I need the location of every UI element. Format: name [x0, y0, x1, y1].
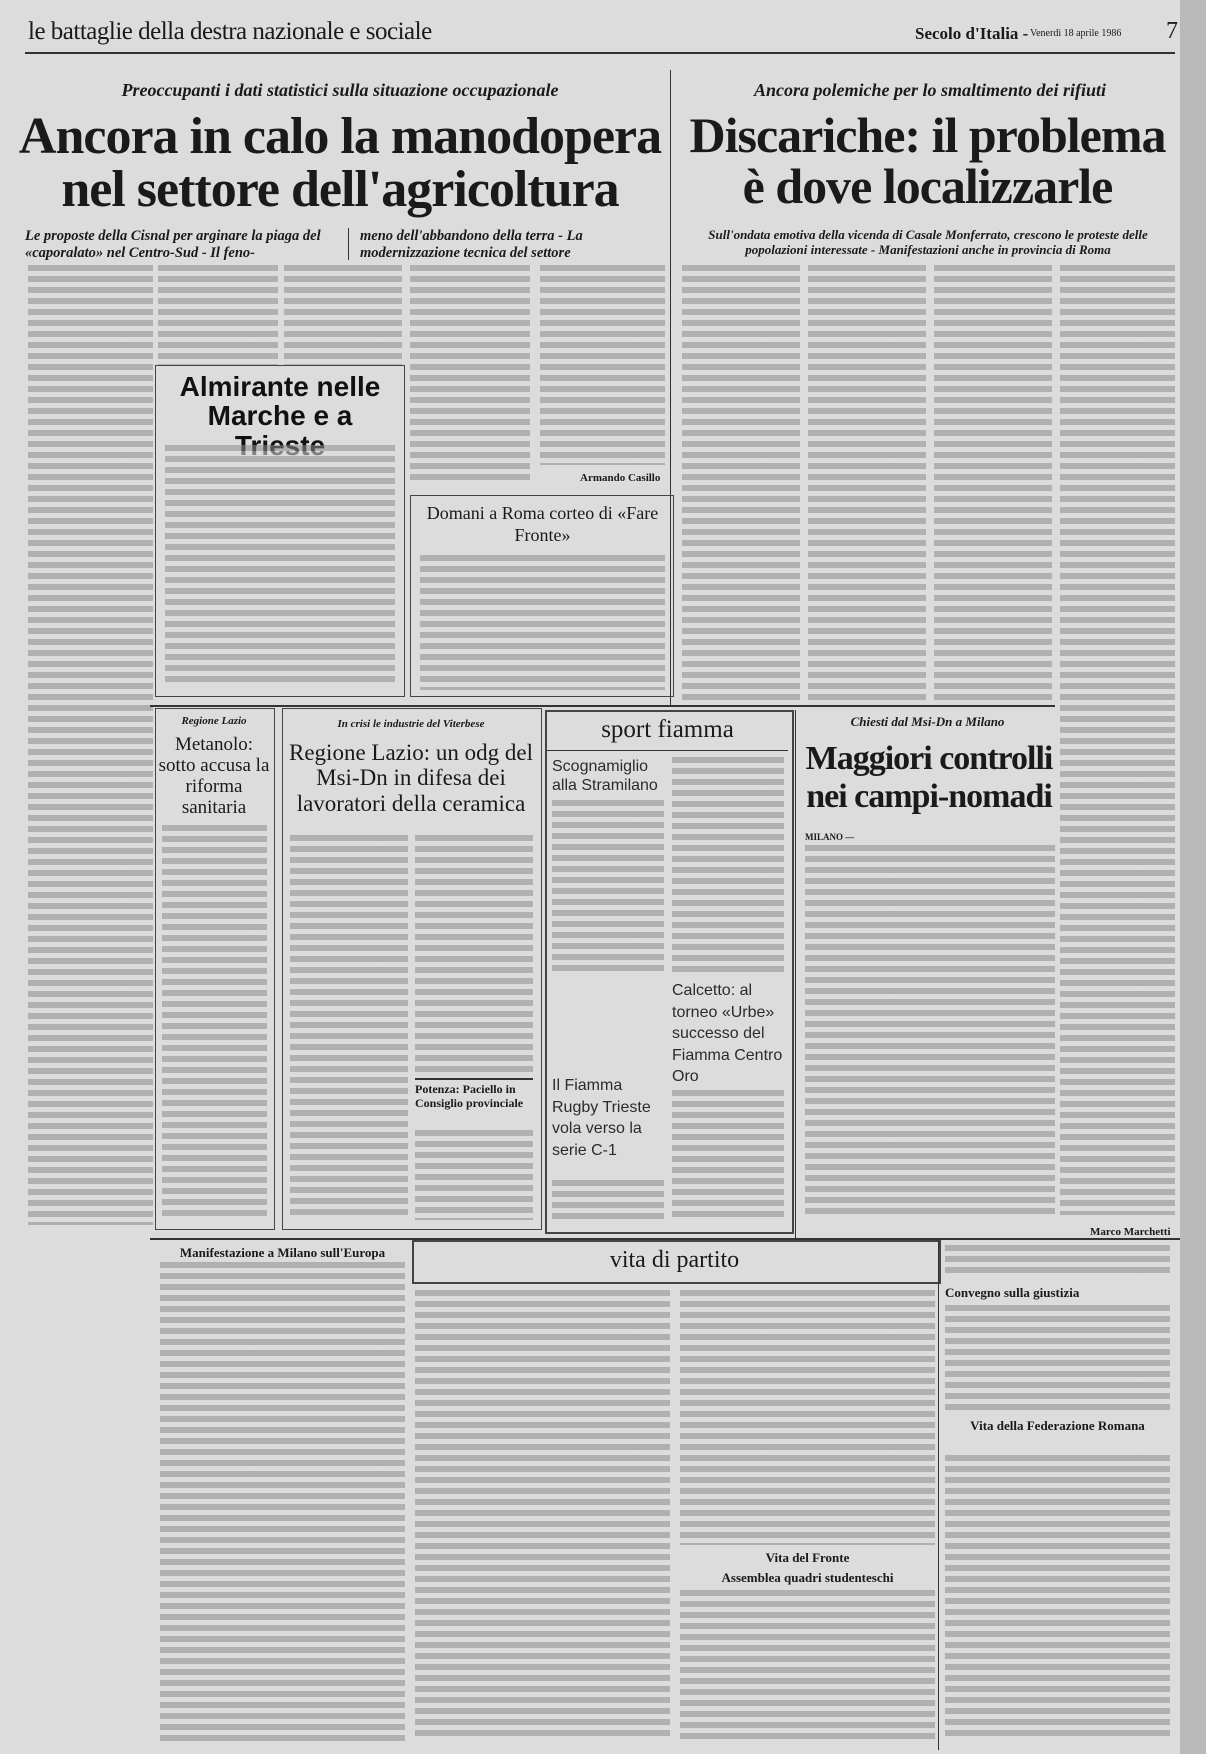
landfill-headline-line1: Discariche: il problema: [675, 110, 1180, 161]
nomadi-byline: Marco Marchetti: [1090, 1226, 1171, 1238]
almirante-body: [165, 445, 395, 685]
scan-edge: [1180, 0, 1206, 1754]
ceramica-body-col2: [415, 835, 533, 1075]
lead-subhead-right: meno dell'abbandono della terra - La mod…: [360, 228, 660, 261]
party-life-col3: [680, 1290, 935, 1545]
lead-body-col3: [284, 265, 402, 365]
masthead-rule: [25, 52, 1175, 54]
ceramica-headline: Regione Lazio: un odg del Msi-Dn in dife…: [285, 740, 537, 816]
sport-item-1-body-col2: [672, 757, 784, 972]
nomadi-kicker: Chiesti dal Msi-Dn a Milano: [800, 714, 1055, 730]
sport-section-title: sport fiamma: [547, 716, 788, 744]
europe-headline: Manifestazione a Milano sull'Europa: [160, 1245, 405, 1261]
sport-item-2-body: [672, 1090, 784, 1220]
metanolo-body: [162, 825, 267, 1220]
lead-kicker: Preoccupanti i dati statistici sulla sit…: [20, 80, 660, 101]
sport-item-3-body: [552, 1180, 664, 1220]
sport-item-1-headline: Scognamiglio alla Stramilano: [552, 757, 670, 795]
landfill-body-col4: [1060, 265, 1175, 1215]
lead-byline: Armando Casillo: [580, 472, 660, 484]
landfill-body-col3: [934, 265, 1052, 705]
ceramica-kicker: In crisi le industrie del Viterbese: [285, 718, 537, 730]
party-life-col2: [415, 1290, 670, 1740]
sport-item-2-headline: Calcetto: al torneo «Urbe» successo del …: [672, 980, 784, 1088]
page-number: 7: [1166, 18, 1178, 45]
lead-headline-line2: nel settore dell'agricoltura: [10, 163, 670, 216]
nomadi-body: [805, 845, 1055, 1215]
fronte-body: [680, 1590, 935, 1740]
europe-body: [160, 1262, 405, 1742]
nomadi-dateline: MILANO —: [805, 832, 854, 842]
potenza-headline: Potenza: Paciello in Consiglio provincia…: [415, 1082, 533, 1111]
landfill-body-col1: [682, 265, 800, 705]
lead-body-col2: [158, 265, 278, 365]
landfill-headline: Discariche: il problema è dove localizza…: [675, 110, 1180, 212]
potenza-rule: [415, 1078, 533, 1080]
sport-item-1-body: [552, 800, 664, 975]
vicenza-body: [945, 1245, 1170, 1275]
federation-headline: Vita della Federazione Romana: [945, 1418, 1170, 1434]
middle-rule: [150, 705, 1055, 707]
justice-body: [945, 1305, 1170, 1410]
section-title: le battaglie della destra nazionale e so…: [28, 18, 432, 46]
lead-subhead-left: Le proposte della Cisnal per arginare la…: [25, 228, 335, 261]
lead-body-col5: [540, 265, 665, 465]
fare-fronte-headline: Domani a Roma corteo di «Fare Fronte»: [415, 503, 670, 546]
lead-body-col4: [410, 265, 530, 485]
subhead-divider: [348, 228, 349, 260]
nomadi-headline: Maggiori controlli nei campi-nomadi: [800, 740, 1058, 816]
landfill-kicker: Ancora polemiche per lo smaltimento dei …: [680, 80, 1180, 101]
right-divider: [938, 1240, 939, 1750]
justice-headline: Convegno sulla giustizia: [945, 1285, 1170, 1301]
landfill-body-col2: [808, 265, 926, 705]
lead-body-col1: [28, 265, 153, 1225]
metanolo-headline: Metanolo: sotto accusa la riforma sanita…: [158, 735, 270, 819]
potenza-body: [415, 1130, 533, 1220]
landfill-subhead: Sull'ondata emotiva della vicenda di Cas…: [678, 228, 1178, 258]
newspaper-name: Secolo d'Italia -: [915, 24, 1028, 44]
sport-item-3-headline: Il Fiamma Rugby Trieste vola verso la se…: [552, 1075, 664, 1161]
ceramica-body-col1: [290, 835, 408, 1220]
nomadi-divider: [795, 710, 796, 1240]
fronte-headline: Vita del Fronte: [680, 1550, 935, 1566]
landfill-headline-line2: è dove localizzarle: [675, 161, 1180, 212]
fronte-subhead: Assemblea quadri studenteschi: [680, 1570, 935, 1586]
metanolo-kicker: Regione Lazio: [158, 715, 270, 727]
party-life-title: vita di partito: [414, 1247, 935, 1274]
issue-date: Venerdì 18 aprile 1986: [1030, 28, 1121, 39]
fare-fronte-body: [420, 555, 665, 690]
lead-headline: Ancora in calo la manodopera nel settore…: [10, 110, 670, 216]
federation-body: [945, 1455, 1170, 1740]
lead-headline-line1: Ancora in calo la manodopera: [10, 110, 670, 163]
sport-title-rule: [547, 750, 788, 751]
